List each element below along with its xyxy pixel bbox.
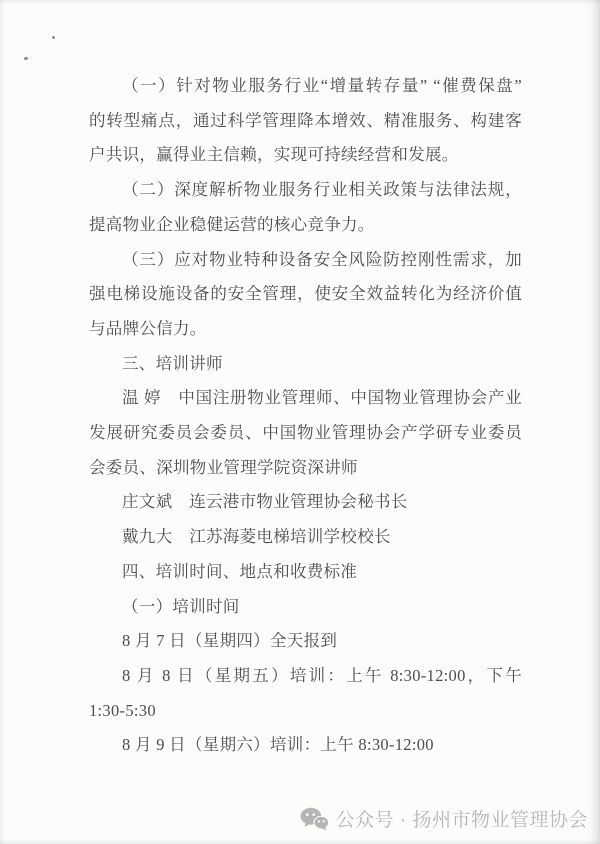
wechat-icon	[300, 807, 329, 831]
doc-line: 发展研究委员会委员、中国物业管理协会产学研专业委员	[89, 416, 522, 451]
scanned-document-page: （一）针对物业服务行业“增量转存量” “催费保盘” 的转型痛点，通过科学管理降本…	[0, 0, 600, 844]
doc-line: 提高物业企业稳健运营的核心竞争力。	[89, 208, 522, 243]
doc-line: 温 婷 中国注册物业管理师、中国物业管理协会产业	[89, 381, 522, 416]
watermark-label: 公众号 · 扬州市物业管理协会	[336, 805, 588, 832]
doc-line: 的转型痛点，通过科学管理降本增效、精准服务、构建客	[89, 104, 522, 139]
wechat-watermark: 公众号 · 扬州市物业管理协会	[300, 805, 588, 832]
ink-speck	[24, 56, 29, 60]
doc-line: 8 月 9 日（星期六）培训：上午 8:30-12:00	[89, 728, 522, 763]
doc-line: 强电梯设施设备的安全管理，使安全效益转化为经济价值	[89, 277, 522, 312]
document-body: （一）针对物业服务行业“增量转存量” “催费保盘” 的转型痛点，通过科学管理降本…	[89, 69, 522, 763]
doc-line: 8 月 8 日（星期五）培训：上午 8:30-12:00，下午	[89, 659, 522, 694]
doc-line: （一）培训时间	[89, 590, 522, 625]
doc-line: 会委员、深圳物业管理学院资深讲师	[89, 451, 522, 486]
doc-line: （一）针对物业服务行业“增量转存量” “催费保盘”	[89, 69, 522, 104]
doc-line: 1:30-5:30	[89, 694, 522, 729]
doc-line: （二）深度解析物业服务行业相关政策与法律法规，	[89, 173, 522, 208]
doc-line: 8 月 7 日（星期四）全天报到	[89, 624, 522, 659]
doc-line: （三）应对物业特种设备安全风险防控刚性需求，加	[89, 243, 522, 278]
doc-section-heading: 三、培训讲师	[89, 347, 522, 382]
doc-line: 户共识，赢得业主信赖，实现可持续经营和发展。	[89, 138, 522, 173]
doc-line: 庄文斌 连云港市物业管理协会秘书长	[89, 485, 522, 520]
doc-line: 与品牌公信力。	[89, 312, 522, 347]
doc-section-heading: 四、培训时间、地点和收费标准	[89, 555, 522, 590]
ink-speck	[52, 36, 55, 39]
doc-line: 戴九大 江苏海菱电梯培训学校校长	[89, 520, 522, 555]
